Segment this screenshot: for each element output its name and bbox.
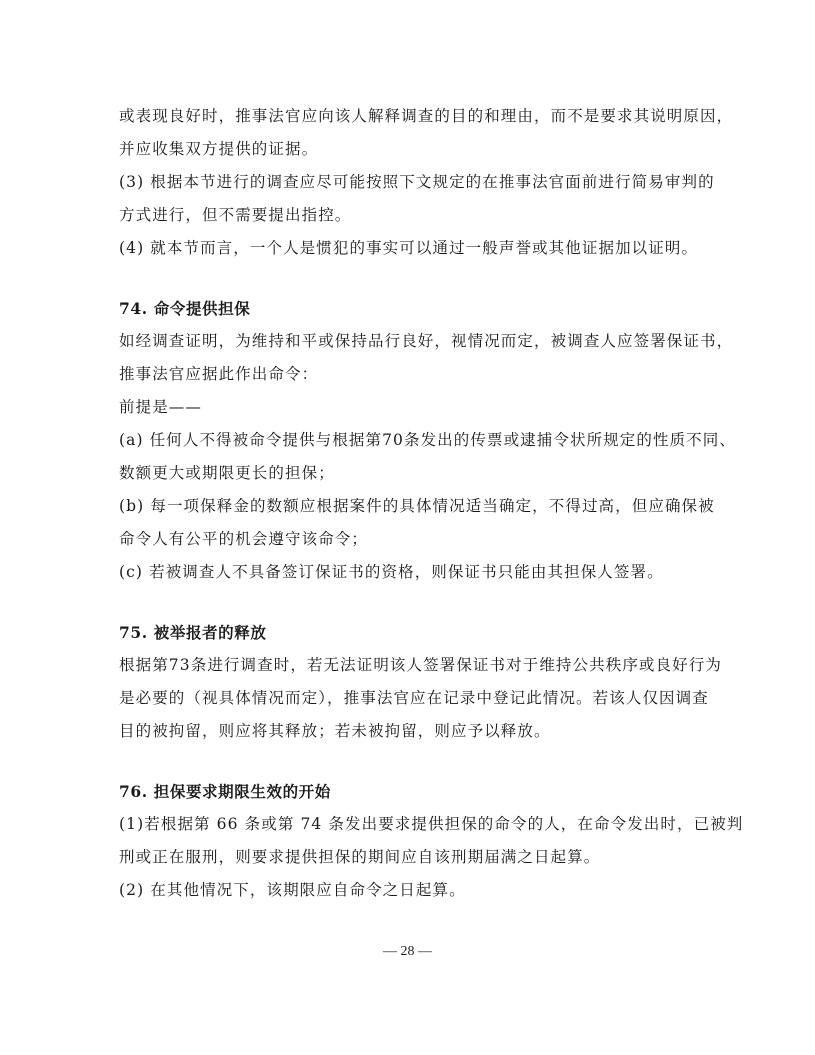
section-spacer (119, 589, 701, 616)
text-line: 前提是—— (119, 391, 701, 424)
text-line: 推事法官应据此作出命令： (119, 358, 701, 391)
subsection-3: (3) 根据本节进行的调查应尽可能按照下文规定的在推事法官面前进行简易审判的 方… (119, 166, 701, 232)
text-line: (1)若根据第 66 条或第 74 条发出要求提供担保的命令的人，在命令发出时，… (119, 808, 701, 841)
text-line: 命令人有公平的机会遵守该命令； (119, 523, 701, 556)
section-76: 76. 担保要求期限生效的开始 (1)若根据第 66 条或第 74 条发出要求提… (119, 775, 701, 907)
section-spacer (119, 748, 701, 775)
text-line: 如经调查证明，为维持和平或保持品行良好，视情况而定，被调查人应签署保证书， (119, 325, 701, 358)
proviso-intro: 前提是—— (119, 391, 701, 424)
text-line: (3) 根据本节进行的调查应尽可能按照下文规定的在推事法官面前进行简易审判的 (119, 166, 701, 199)
clause-a: (a) 任何人不得被命令提供与根据第70条发出的传票或逮捕令状所规定的性质不同、… (119, 424, 701, 490)
text-line: 数额更大或期限更长的担保； (119, 457, 701, 490)
text-line: (a) 任何人不得被命令提供与根据第70条发出的传票或逮捕令状所规定的性质不同、 (119, 424, 701, 457)
clause-b: (b) 每一项保释金的数额应根据案件的具体情况适当确定，不得过高，但应确保被 命… (119, 490, 701, 556)
text-line: 目的被拘留，则应将其释放；若未被拘留，则应予以释放。 (119, 715, 701, 748)
paragraph: 或表现良好时，推事法官应向该人解释调查的目的和理由，而不是要求其说明原因， 并应… (119, 100, 701, 166)
text-line: 并应收集双方提供的证据。 (119, 133, 701, 166)
subsection-2: (2) 在其他情况下，该期限应自命令之日起算。 (119, 874, 701, 907)
section-73-continuation: 或表现良好时，推事法官应向该人解释调查的目的和理由，而不是要求其说明原因， 并应… (119, 100, 701, 265)
clause-c: (c) 若被调查人不具备签订保证书的资格，则保证书只能由其担保人签署。 (119, 556, 701, 589)
subsection-1: (1)若根据第 66 条或第 74 条发出要求提供担保的命令的人，在命令发出时，… (119, 808, 701, 874)
text-line: (2) 在其他情况下，该期限应自命令之日起算。 (119, 874, 701, 907)
paragraph: 根据第73条进行调查时，若无法证明该人签署保证书对于维持公共秩序或良好行为 是必… (119, 649, 701, 748)
text-line: (4) 就本节而言，一个人是惯犯的事实可以通过一般声誉或其他证据加以证明。 (119, 232, 701, 265)
text-line: 是必要的（视具体情况而定），推事法官应在记录中登记此情况。若该人仅因调查 (119, 682, 701, 715)
document-page: 或表现良好时，推事法官应向该人解释调查的目的和理由，而不是要求其说明原因， 并应… (119, 100, 701, 907)
text-line: 或表现良好时，推事法官应向该人解释调查的目的和理由，而不是要求其说明原因， (119, 100, 701, 133)
section-75: 75. 被举报者的释放 根据第73条进行调查时，若无法证明该人签署保证书对于维持… (119, 616, 701, 748)
subsection-4: (4) 就本节而言，一个人是惯犯的事实可以通过一般声誉或其他证据加以证明。 (119, 232, 701, 265)
text-line: (c) 若被调查人不具备签订保证书的资格，则保证书只能由其担保人签署。 (119, 556, 701, 589)
section-74: 74. 命令提供担保 如经调查证明，为维持和平或保持品行良好，视情况而定，被调查… (119, 292, 701, 589)
section-heading: 74. 命令提供担保 (119, 292, 701, 325)
section-spacer (119, 265, 701, 292)
text-line: 根据第73条进行调查时，若无法证明该人签署保证书对于维持公共秩序或良好行为 (119, 649, 701, 682)
page-number: — 28 — (0, 944, 815, 960)
text-line: 方式进行，但不需要提出指控。 (119, 199, 701, 232)
section-heading: 76. 担保要求期限生效的开始 (119, 775, 701, 808)
text-line: (b) 每一项保释金的数额应根据案件的具体情况适当确定，不得过高，但应确保被 (119, 490, 701, 523)
section-heading: 75. 被举报者的释放 (119, 616, 701, 649)
text-line: 刑或正在服刑，则要求提供担保的期间应自该刑期届满之日起算。 (119, 841, 701, 874)
paragraph: 如经调查证明，为维持和平或保持品行良好，视情况而定，被调查人应签署保证书， 推事… (119, 325, 701, 391)
